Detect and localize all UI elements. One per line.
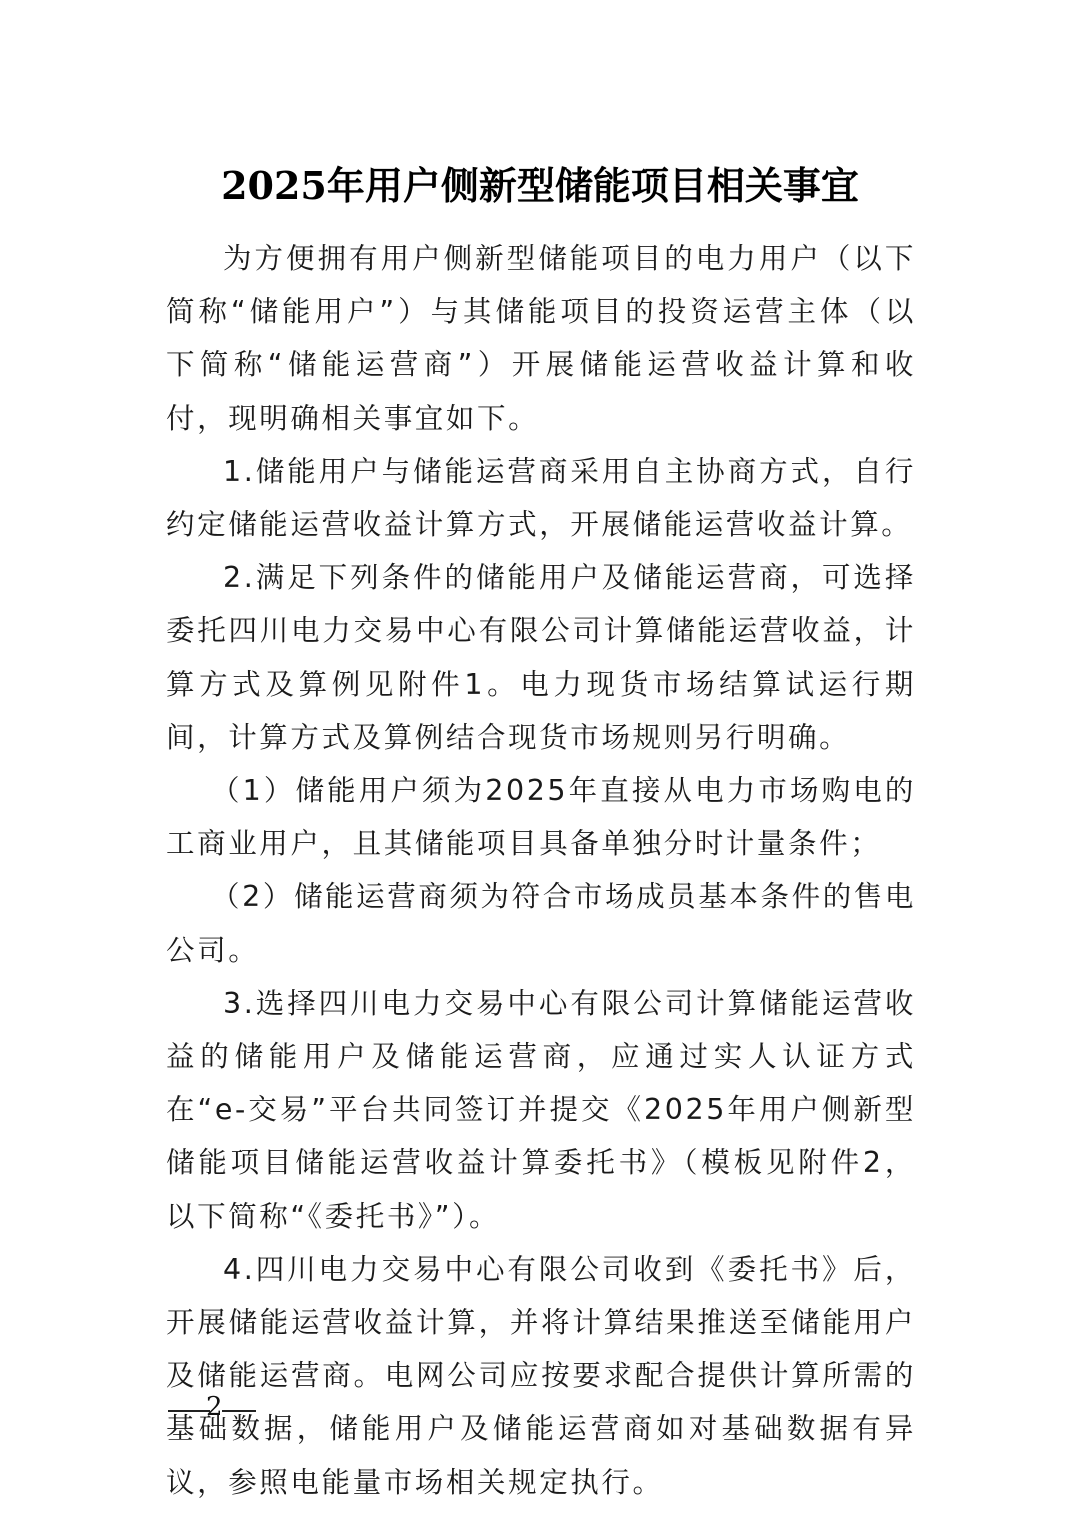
paragraph-intro: 为方便拥有用户侧新型储能项目的电力用户（以下简称“储能用户”）与其储能项目的投资… xyxy=(166,232,916,445)
paragraph-item-4: 4.四川电力交易中心有限公司收到《委托书》后，开展储能运营收益计算，并将计算结果… xyxy=(166,1243,916,1509)
paragraph-item-2-condition-2: （2）储能运营商须为符合市场成员基本条件的售电公司。 xyxy=(166,870,916,976)
footer-underline-left xyxy=(168,1410,210,1412)
paragraph-item-3: 3.选择四川电力交易中心有限公司计算储能运营收益的储能用户及储能运营商，应通过实… xyxy=(166,977,916,1243)
paragraph-item-1: 1.储能用户与储能运营商采用自主协商方式，自行约定储能运营收益计算方式，开展储能… xyxy=(166,445,916,551)
document-page: 2025年用户侧新型储能项目相关事宜 为方便拥有用户侧新型储能项目的电力用户（以… xyxy=(0,0,1080,1528)
document-body: 为方便拥有用户侧新型储能项目的电力用户（以下简称“储能用户”）与其储能项目的投资… xyxy=(166,232,916,1509)
document-title: 2025年用户侧新型储能项目相关事宜 xyxy=(0,161,1080,211)
page-number: 2 xyxy=(206,1392,223,1422)
paragraph-item-2: 2.满足下列条件的储能用户及储能运营商，可选择委托四川电力交易中心有限公司计算储… xyxy=(166,551,916,764)
footer-underline-right xyxy=(222,1410,256,1412)
paragraph-item-2-condition-1: （1）储能用户须为2025年直接从电力市场购电的工商业用户，且其储能项目具备单独… xyxy=(166,764,916,870)
